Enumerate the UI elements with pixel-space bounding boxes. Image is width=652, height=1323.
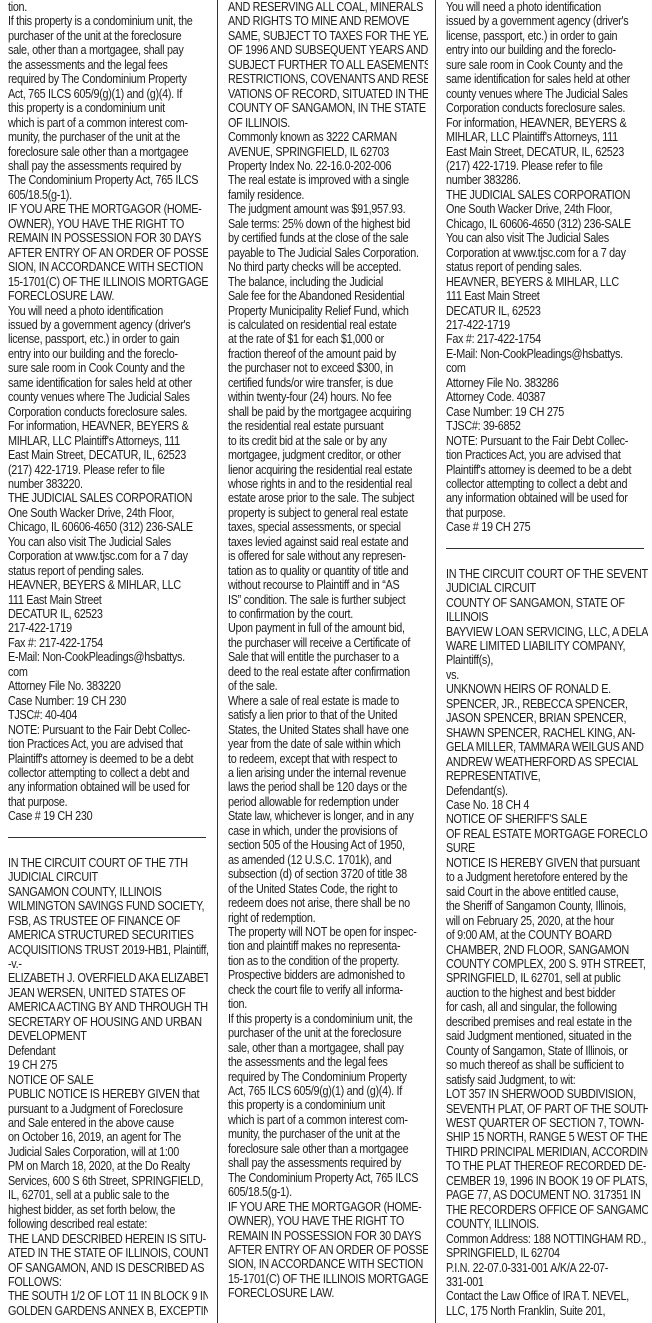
text-line: license, passport, etc.) in order to gai… [446, 29, 646, 43]
text-line: Defendant(s). [446, 784, 646, 798]
text-line: E-Mail: Non-CookPleadings@hsbattys. [8, 650, 208, 664]
text-line: sale, other than a mortgagee, shall pay [228, 1041, 428, 1055]
notice-19ch275-head: IN THE CIRCUIT COURT OF THE 7THJUDICIAL … [8, 856, 208, 1319]
text-line: to a Judgment heretofore entered by the [446, 870, 646, 884]
text-line: IF YOU ARE THE MORTGAGOR (HOME- [228, 1200, 428, 1214]
text-line: SURE [446, 841, 646, 855]
text-line: RESTRICTIONS, COVENANTS AND RESER- [228, 72, 428, 86]
text-line: Fax #: 217-422-1754 [8, 636, 208, 650]
text-line: any information obtained will be used fo… [446, 491, 646, 505]
notice-separator [446, 548, 644, 549]
text-line: COUNTY OF SANGAMON, STATE OF [446, 596, 646, 610]
text-line: munity, the purchaser of the unit at the [8, 130, 208, 144]
text-line: OWNER), YOU HAVE THE RIGHT TO [8, 217, 208, 231]
text-line: State law, whichever is longer, and in a… [228, 809, 428, 823]
text-line: OF SANGAMON, AND IS DESCRIBED AS [8, 1261, 208, 1275]
text-line: E-Mail: Non-CookPleadings@hsbattys. [446, 347, 646, 361]
text-line: entry into our building and the foreclo- [446, 43, 646, 57]
text-line: purchaser of the unit at the foreclosure [228, 1026, 428, 1040]
text-line: DECATUR IL, 62523 [446, 304, 646, 318]
text-line: You will need a photo identification [8, 304, 208, 318]
text-line: GELA MILLER, TAMMARA WEILGUS AND [446, 740, 646, 754]
text-line: REMAIN IN POSSESSION FOR 30 DAYS [8, 231, 208, 245]
text-line: REPRESENTATIVE, [446, 769, 646, 783]
text-line: IL, 62701, sell at a public sale to the [8, 1188, 208, 1202]
text-line: the assessments and the legal fees [8, 58, 208, 72]
text-line: whose rights in and to the residential r… [228, 477, 428, 491]
text-line: Judicial Sales Corporation, will at 1:00 [8, 1145, 208, 1159]
text-line: MIHLAR, LLC Plaintiff's Attorneys, 111 [446, 130, 646, 144]
text-line: CEMBER 19, 1996 IN BOOK 19 OF PLATS, [446, 1174, 646, 1188]
text-line: 15-1701(C) OF THE ILLINOIS MORTGAGE [8, 275, 208, 289]
text-line: COUNTY OF SANGAMON, IN THE STATE [228, 101, 428, 115]
text-line: Plaintiff's attorney is deemed to be a d… [446, 463, 646, 477]
text-line: redeem does not arise, there shall be no [228, 896, 428, 910]
text-line: IN THE CIRCUIT COURT OF THE SEVENTH [446, 567, 646, 581]
text-line: pursuant to a Judgment of Foreclosure [8, 1102, 208, 1116]
text-line: SECRETARY OF HOUSING AND URBAN [8, 1015, 208, 1029]
text-line: SHAWN SPENCER, RACHEL KING, AN- [446, 726, 646, 740]
text-line: estate arose prior to the sale. The subj… [228, 491, 428, 505]
text-line: laws the period shall be 120 days or the [228, 780, 428, 794]
text-line: JUDICIAL CIRCUIT [8, 870, 208, 884]
text-line: for cash, all and singular, the followin… [446, 1000, 646, 1014]
text-line: OF 1996 AND SUBSEQUENT YEARS AND [228, 43, 428, 57]
text-line: AMERICA ACTING BY AND THROUGH THE [8, 1000, 208, 1014]
text-line: Case # 19 CH 275 [446, 520, 646, 534]
text-line: IF YOU ARE THE MORTGAGOR (HOME- [8, 202, 208, 216]
text-line: AND RIGHTS TO MINE AND REMOVE [228, 14, 428, 28]
text-line: ILLINOIS [446, 610, 646, 624]
text-line: SPRINGFIELD, IL 62701, sell at public [446, 971, 646, 985]
text-line: JEAN WERSEN, UNITED STATES OF [8, 986, 208, 1000]
text-line: described premises and real estate in th… [446, 1015, 646, 1029]
text-line: One South Wacker Drive, 24th Floor, [8, 506, 208, 520]
text-line: satisfy said Judgment, to wit: [446, 1073, 646, 1087]
text-line: and Sale entered in the above cause [8, 1116, 208, 1130]
text-line: auction to the highest and best bidder [446, 986, 646, 1000]
text-line: following described real estate: [8, 1217, 208, 1231]
text-line: as amended (12 U.S.C. 1701k), and [228, 853, 428, 867]
text-line: shall pay the assessments required by [8, 159, 208, 173]
text-line: (217) 422-1719. Please refer to file [8, 463, 208, 477]
text-line: entry into our building and the foreclo- [8, 347, 208, 361]
text-line: status report of pending sales. [8, 564, 208, 578]
text-line: that purpose. [8, 795, 208, 809]
text-line: JASON SPENCER, BRIAN SPENCER, [446, 711, 646, 725]
text-line: THE SOUTH 1/2 OF LOT 11 IN BLOCK 9 IN [8, 1289, 208, 1303]
text-line: FORECLOSURE LAW. [228, 1286, 428, 1300]
text-line: P.I.N. 22-07.0-331-001 A/K/A 22-07- [446, 1261, 646, 1275]
text-line: payable to The Judicial Sales Corporatio… [228, 246, 428, 260]
text-line: Upon payment in full of the amount bid, [228, 621, 428, 635]
text-line: taxes, special assessments, or special [228, 520, 428, 534]
text-line: 19 CH 275 [8, 1058, 208, 1072]
text-line: Corporation conducts foreclosure sales. [8, 405, 208, 419]
text-line: The Condominium Property Act, 765 ILCS [8, 173, 208, 187]
text-line: Fax #: 217-422-1754 [446, 332, 646, 346]
text-line: tion. [8, 0, 208, 14]
notice-19ch230-tail: tion.If this property is a condominium u… [8, 0, 208, 824]
text-line: IS” condition. The sale is further subje… [228, 593, 428, 607]
text-line: Corporation at www.tjsc.com for a 7 day [446, 246, 646, 260]
text-line: Act, 765 ILCS 605/9(g)(1) and (g)(4). If [228, 1084, 428, 1098]
text-line: ELIZABETH J. OVERFIELD AKA ELIZABETH [8, 971, 208, 985]
text-line: FORECLOSURE LAW. [8, 289, 208, 303]
text-line: any information obtained will be used fo… [8, 780, 208, 794]
text-line: GOLDEN GARDENS ANNEX B, EXCEPTING [8, 1304, 208, 1318]
text-line: AFTER ENTRY OF AN ORDER OF POSSES- [228, 1243, 428, 1257]
text-line: collector attempting to collect a debt a… [446, 477, 646, 491]
text-line: tion as to the condition of the property… [228, 954, 428, 968]
text-line: shall pay the assessments required by [228, 1156, 428, 1170]
text-line: a lien arising under the internal revenu… [228, 766, 428, 780]
text-line: license, passport, etc.) in order to gai… [8, 332, 208, 346]
text-line: SPRINGFIELD, IL 62704 [446, 1246, 646, 1260]
column-2: AND RESERVING ALL COAL, MINERALSAND RIGH… [228, 0, 428, 1323]
text-line: ANDREW WEATHERFORD AS SPECIAL [446, 755, 646, 769]
text-line: OF REAL ESTATE MORTGAGE FORECLO- [446, 827, 646, 841]
text-line: required by The Condominium Property [228, 1070, 428, 1084]
text-line: The Condominium Property Act, 765 ILCS [228, 1171, 428, 1185]
text-line: PUBLIC NOTICE IS HEREBY GIVEN that [8, 1087, 208, 1101]
text-line: NOTICE IS HEREBY GIVEN that pursuant [446, 856, 646, 870]
text-line: TJSC#: 40-404 [8, 708, 208, 722]
text-line: Contact the Law Office of IRA T. NEVEL, [446, 1289, 646, 1303]
text-line: case in which, under the provisions of [228, 824, 428, 838]
text-line: 111 East Main Street [446, 289, 646, 303]
text-line: period allowable for redemption under [228, 795, 428, 809]
text-line: sure sale room in Cook County and the [446, 58, 646, 72]
text-line: of 9:00 AM, at the COUNTY BOARD [446, 928, 646, 942]
text-line: AMERICA STRUCTURED SECURITIES [8, 928, 208, 942]
text-line: PAGE 77, AS DOCUMENT NO. 317351 IN [446, 1188, 646, 1202]
text-line: (217) 422-1719. Please refer to file [446, 159, 646, 173]
text-line: COUNTY, ILLINOIS. [446, 1217, 646, 1231]
notice-18ch4-head: IN THE CIRCUIT COURT OF THE SEVENTHJUDIC… [446, 567, 648, 1319]
text-line: Sale fee for the Abandoned Residential [228, 289, 428, 303]
text-line: this property is a condominium unit [8, 101, 208, 115]
text-line: Case # 19 CH 230 [8, 809, 208, 823]
text-line: States, the United States shall have one [228, 723, 428, 737]
text-line: NOTE: Pursuant to the Fair Debt Collec- [8, 723, 208, 737]
text-line: TO THE PLAT THEREOF RECORDED DE- [446, 1159, 646, 1173]
column-divider [435, 0, 436, 1323]
text-line: SPENCER, JR., REBECCA SPENCER, [446, 697, 646, 711]
text-line: will on February 25, 2020, at the hour [446, 914, 646, 928]
text-line: NOTICE OF SALE [8, 1073, 208, 1087]
text-line: SION, IN ACCORDANCE WITH SECTION [228, 1257, 428, 1271]
text-line: JUDICIAL CIRCUIT [446, 581, 646, 595]
text-line: the assessments and the legal fees [228, 1055, 428, 1069]
text-line: year from the date of sale within which [228, 737, 428, 751]
text-line: NOTICE OF SHERIFF'S SALE [446, 812, 646, 826]
text-line: One South Wacker Drive, 24th Floor, [446, 202, 646, 216]
text-line: without recourse to Plaintiff and in “AS [228, 578, 428, 592]
text-line: For information, HEAVNER, BEYERS & [8, 419, 208, 433]
text-line: so much thereof as shall be sufficient t… [446, 1058, 646, 1072]
text-line: number 383286. [446, 173, 646, 187]
text-line: the residential real estate pursuant [228, 419, 428, 433]
text-line: AND RESERVING ALL COAL, MINERALS [228, 0, 428, 14]
text-line: Sale that will entitle the purchaser to … [228, 650, 428, 664]
text-line: tion Practices Act, you are advised that [8, 737, 208, 751]
text-line: to confirmation by the court. [228, 607, 428, 621]
text-line: vs. [446, 668, 646, 682]
text-line: which is part of a common interest com- [228, 1113, 428, 1127]
text-line: tation as to quality or quantity of titl… [228, 564, 428, 578]
text-line: AVENUE, SPRINGFIELD, IL 62703 [228, 145, 428, 159]
text-line: CHAMBER, 2ND FLOOR, SANGAMON [446, 943, 646, 957]
text-line: WILMINGTON SAVINGS FUND SOCIETY, [8, 899, 208, 913]
text-line: Act, 765 ILCS 605/9(g)(1) and (g)(4). If [8, 87, 208, 101]
text-line: issued by a government agency (driver's [446, 14, 646, 28]
text-line: tion. [228, 997, 428, 1011]
text-line: number 383220. [8, 477, 208, 491]
text-line: required by The Condominium Property [8, 72, 208, 86]
notice-19ch275-tail: You will need a photo identificationissu… [446, 0, 648, 535]
text-line: The real estate is improved with a singl… [228, 173, 428, 187]
text-line: SHIP 15 NORTH, RANGE 5 WEST OF THE [446, 1130, 646, 1144]
text-line: Defendant [8, 1044, 208, 1058]
text-line: SION, IN ACCORDANCE WITH SECTION [8, 260, 208, 274]
text-line: county venues where The Judicial Sales [446, 87, 646, 101]
text-line: Case No. 18 CH 4 [446, 798, 646, 812]
text-line: TJSC#: 39-6852 [446, 419, 646, 433]
text-line: collector attempting to collect a debt a… [8, 766, 208, 780]
text-line: HEAVNER, BEYERS & MIHLAR, LLC [446, 275, 646, 289]
text-line: property is subject to general real esta… [228, 506, 428, 520]
text-line: foreclosure sale other than a mortgagee [228, 1142, 428, 1156]
text-line: THE JUDICIAL SALES CORPORATION [446, 188, 646, 202]
text-line: sure sale room in Cook County and the [8, 361, 208, 375]
text-line: You can also visit The Judicial Sales [446, 231, 646, 245]
text-line: the Sheriff of Sangamon County, Illinois… [446, 899, 646, 913]
text-line: Plaintiff's attorney is deemed to be a d… [8, 752, 208, 766]
text-line: THIRD PRINCIPAL MERIDIAN, ACCORDING [446, 1145, 646, 1159]
text-line: at the rate of $1 for each $1,000 or [228, 332, 428, 346]
text-line: OWNER), YOU HAVE THE RIGHT TO [228, 1214, 428, 1228]
text-line: MIHLAR, LLC Plaintiff's Attorneys, 111 [8, 434, 208, 448]
text-line: Plaintiff(s), [446, 653, 646, 667]
text-line: UNKNOWN HEIRS OF RONALD E. [446, 682, 646, 696]
text-line: Attorney Code. 40387 [446, 390, 646, 404]
text-line: SAME, SUBJECT TO TAXES FOR THE YEAR [228, 29, 428, 43]
text-line: highest bidder, as set forth below, the [8, 1203, 208, 1217]
text-line: DEVELOPMENT [8, 1029, 208, 1043]
text-line: tion Practices Act, you are advised that [446, 448, 646, 462]
text-line: LOT 357 IN SHERWOOD SUBDIVISION, [446, 1087, 646, 1101]
text-line: Property Index No. 22-16.0-202-006 [228, 159, 428, 173]
text-line: 217-422-1719 [8, 621, 208, 635]
text-line: lienor acquiring the residential real es… [228, 463, 428, 477]
text-line: within twenty-four (24) hours. No fee [228, 390, 428, 404]
text-line: County of Sangamon, State of Illinois, o… [446, 1044, 646, 1058]
text-line: HEAVNER, BEYERS & MIHLAR, LLC [8, 578, 208, 592]
text-line: certified funds/or wire transfer, is due [228, 376, 428, 390]
text-line: The property will NOT be open for inspec… [228, 925, 428, 939]
text-line: ATED IN THE STATE OF ILLINOIS, COUNTY [8, 1246, 208, 1260]
text-line: You can also visit The Judicial Sales [8, 535, 208, 549]
text-line: Case Number: 19 CH 275 [446, 405, 646, 419]
text-line: subsection (d) of section 3720 of title … [228, 867, 428, 881]
text-line: taxes levied against said real estate an… [228, 535, 428, 549]
text-line: Attorney File No. 383220 [8, 679, 208, 693]
text-line: issued by a government agency (driver's [8, 318, 208, 332]
text-line: Prospective bidders are admonished to [228, 968, 428, 982]
text-line: this property is a condominium unit [228, 1098, 428, 1112]
text-line: Chicago, IL 60606-4650 (312) 236-SALE [446, 217, 646, 231]
text-line: by certified funds at the close of the s… [228, 231, 428, 245]
text-line: of the United States Code, the right to [228, 882, 428, 896]
text-line: sale, other than a mortgagee, shall pay [8, 43, 208, 57]
text-line: THE LAND DESCRIBED HEREIN IS SITU- [8, 1232, 208, 1246]
text-line: Where a sale of real estate is made to [228, 694, 428, 708]
text-line: Commonly known as 3222 CARMAN [228, 130, 428, 144]
text-line: BAYVIEW LOAN SERVICING, LLC, A DELA- [446, 625, 646, 639]
text-line: 111 East Main Street [8, 593, 208, 607]
text-line: same identification for sales held at ot… [446, 72, 646, 86]
text-line: AFTER ENTRY OF AN ORDER OF POSSES- [8, 246, 208, 260]
text-line: If this property is a condominium unit, … [228, 1012, 428, 1026]
text-line: LLC, 175 North Franklin, Suite 201, [446, 1304, 646, 1318]
text-line: Corporation at www.tjsc.com for a 7 day [8, 549, 208, 563]
column-divider [217, 0, 218, 1323]
text-line: the purchaser will receive a Certificate… [228, 636, 428, 650]
text-line: right of redemption. [228, 911, 428, 925]
text-line: Chicago, IL 60606-4650 (312) 236-SALE [8, 520, 208, 534]
text-line: SEVENTH PLAT, OF PART OF THE SOUTH- [446, 1102, 646, 1116]
text-line: 605/18.5(g-1). [228, 1185, 428, 1199]
text-line: You will need a photo identification [446, 0, 646, 14]
text-line: purchaser of the unit at the foreclosure [8, 29, 208, 43]
text-line: ACQUISITIONS TRUST 2019-HB1, Plaintiff, [8, 943, 208, 957]
text-line: check the court file to verify all infor… [228, 983, 428, 997]
text-line: FSB, AS TRUSTEE OF FINANCE OF [8, 914, 208, 928]
text-line: of the sale. [228, 679, 428, 693]
text-line: IN THE CIRCUIT COURT OF THE 7TH [8, 856, 208, 870]
text-line: FOLLOWS: [8, 1275, 208, 1289]
text-line: Property Municipality Relief Fund, which [228, 304, 428, 318]
text-line: foreclosure sale other than a mortgagee [8, 145, 208, 159]
text-line: SUBJECT FURTHER TO ALL EASEMENTS, [228, 58, 428, 72]
text-line: The judgment amount was $91,957.93. [228, 202, 428, 216]
text-line: status report of pending sales. [446, 260, 646, 274]
text-line: Attorney File No. 383286 [446, 376, 646, 390]
text-line: The balance, including the Judicial [228, 275, 428, 289]
text-line: Corporation conducts foreclosure sales. [446, 101, 646, 115]
text-line: com [8, 665, 208, 679]
text-line: No third party checks will be accepted. [228, 260, 428, 274]
text-line: the purchaser not to exceed $300, in [228, 361, 428, 375]
text-line: -v.- [8, 957, 208, 971]
column-3: You will need a photo identificationissu… [446, 0, 648, 1323]
text-line: com [446, 361, 646, 375]
text-line: THE RECORDERS OFFICE OF SANGAMON [446, 1203, 646, 1217]
text-line: county venues where The Judicial Sales [8, 390, 208, 404]
text-line: mortgagee, judgment creditor, or other [228, 448, 428, 462]
text-line: is offered for sale without any represen… [228, 549, 428, 563]
text-line: REMAIN IN POSSESSION FOR 30 DAYS [228, 1229, 428, 1243]
text-line: East Main Street, DECATUR, IL, 62523 [446, 145, 646, 159]
text-line: which is part of a common interest com- [8, 116, 208, 130]
text-line: OF ILLINOIS. [228, 116, 428, 130]
text-line: tion and plaintiff makes no representa- [228, 939, 428, 953]
text-line: WEST QUARTER OF SECTION 7, TOWN- [446, 1116, 646, 1130]
text-line: same identification for sales held at ot… [8, 376, 208, 390]
text-line: said Judgment mentioned, situated in the [446, 1029, 646, 1043]
text-line: COUNTY COMPLEX, 200 S. 9TH STREET, [446, 957, 646, 971]
text-line: WARE LIMITED LIABILITY COMPANY, [446, 639, 646, 653]
text-line: For information, HEAVNER, BEYERS & [446, 116, 646, 130]
text-line: DECATUR IL, 62523 [8, 607, 208, 621]
text-line: shall be paid by the mortgagee acquiring [228, 405, 428, 419]
text-line: VATIONS OF RECORD, SITUATED IN THE [228, 87, 428, 101]
text-line: that purpose. [446, 506, 646, 520]
text-line: is calculated on residential real estate [228, 318, 428, 332]
notice-separator [8, 837, 206, 838]
text-line: fraction thereof of the amount paid by [228, 347, 428, 361]
text-line: PM on March 18, 2020, at the Do Realty [8, 1159, 208, 1173]
text-line: said Court in the above entitled cause, [446, 885, 646, 899]
text-line: NOTE: Pursuant to the Fair Debt Collec- [446, 434, 646, 448]
text-line: to redeem, except that with respect to [228, 752, 428, 766]
text-line: Sale terms: 25% down of the highest bid [228, 217, 428, 231]
text-line: 331-001 [446, 1275, 646, 1289]
text-line: 15-1701(C) OF THE ILLINOIS MORTGAGE [228, 1272, 428, 1286]
text-line: 217-422-1719 [446, 318, 646, 332]
text-line: THE JUDICIAL SALES CORPORATION [8, 491, 208, 505]
text-line: Case Number: 19 CH 230 [8, 694, 208, 708]
text-line: East Main Street, DECATUR, IL, 62523 [8, 448, 208, 462]
text-line: munity, the purchaser of the unit at the [228, 1127, 428, 1141]
text-line: satisfy a lien prior to that of the Unit… [228, 708, 428, 722]
text-line: to its credit bid at the sale or by any [228, 434, 428, 448]
text-line: on October 16, 2019, an agent for The [8, 1130, 208, 1144]
text-line: SANGAMON COUNTY, ILLINOIS [8, 885, 208, 899]
text-line: deed to the real estate after confirmati… [228, 665, 428, 679]
text-line: family residence. [228, 188, 428, 202]
column-1: tion.If this property is a condominium u… [8, 0, 208, 1323]
text-line: Services, 600 S 6th Street, SPRINGFIELD, [8, 1174, 208, 1188]
text-line: Common Address: 188 NOTTINGHAM RD., [446, 1232, 646, 1246]
legal-notices-page: tion.If this property is a condominium u… [0, 0, 652, 1323]
text-line: If this property is a condominium unit, … [8, 14, 208, 28]
text-line: 605/18.5(g-1). [8, 188, 208, 202]
notice-19ch275-body: AND RESERVING ALL COAL, MINERALSAND RIGH… [228, 0, 428, 1301]
text-line: section 505 of the Housing Act of 1950, [228, 838, 428, 852]
